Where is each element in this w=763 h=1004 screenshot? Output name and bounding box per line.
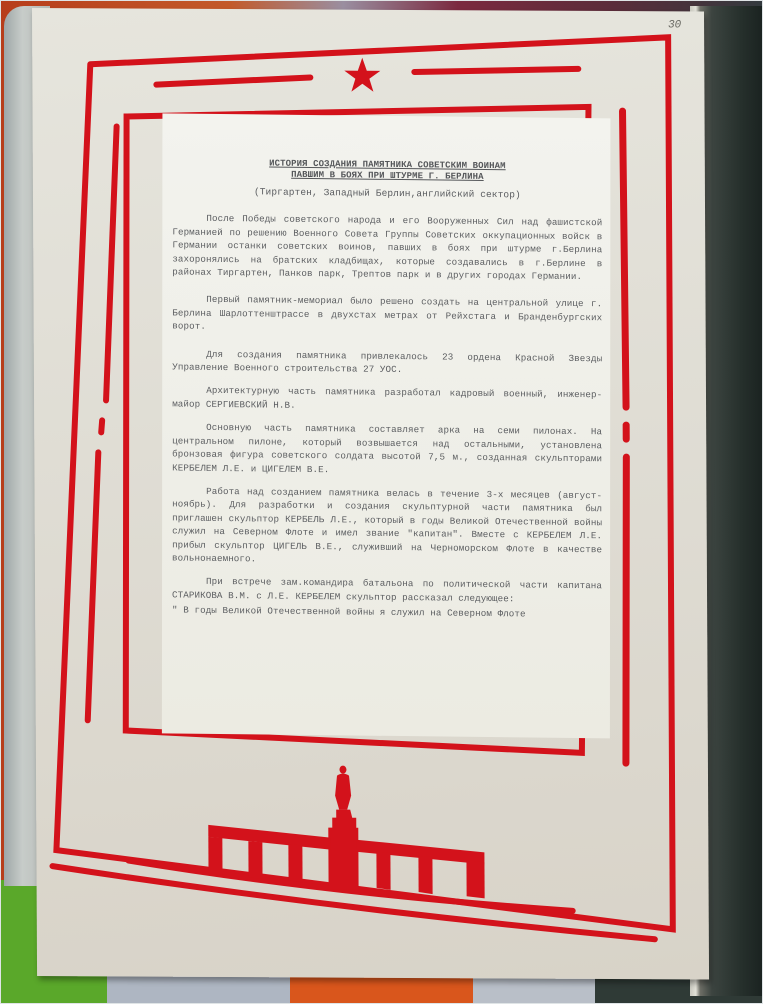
typed-document-sheet: ИСТОРИЯ СОЗДАНИЯ ПАМЯТНИКА СОВЕТСКИМ ВОИ… — [162, 113, 611, 738]
paragraph: После Победы советского народа и его Воо… — [172, 212, 602, 284]
paragraph: Первый памятник-мемориал было решено соз… — [172, 293, 602, 338]
paragraph: Основную часть памятника составляет арка… — [172, 421, 602, 480]
top-left-bar — [156, 77, 310, 86]
paragraph: Для создания памятника привлекалось 23 о… — [172, 347, 602, 379]
album-page: 30 — [32, 8, 709, 980]
paragraph: При встрече зам.командира батальона по п… — [172, 575, 602, 607]
document-subtitle: (Тиргартен, Западный Берлин,английский с… — [172, 184, 602, 202]
paragraph: " В годы Великой Отечественной войны я с… — [172, 604, 602, 622]
red-star-icon — [344, 58, 380, 92]
top-right-bar — [414, 68, 578, 73]
paragraph: Архитектурную часть памятника разработал… — [172, 384, 602, 416]
paragraph: Работа над созданием памятника велась в … — [172, 484, 602, 569]
document-body: ИСТОРИЯ СОЗДАНИЯ ПАМЯТНИКА СОВЕТСКИМ ВОИ… — [172, 157, 602, 621]
